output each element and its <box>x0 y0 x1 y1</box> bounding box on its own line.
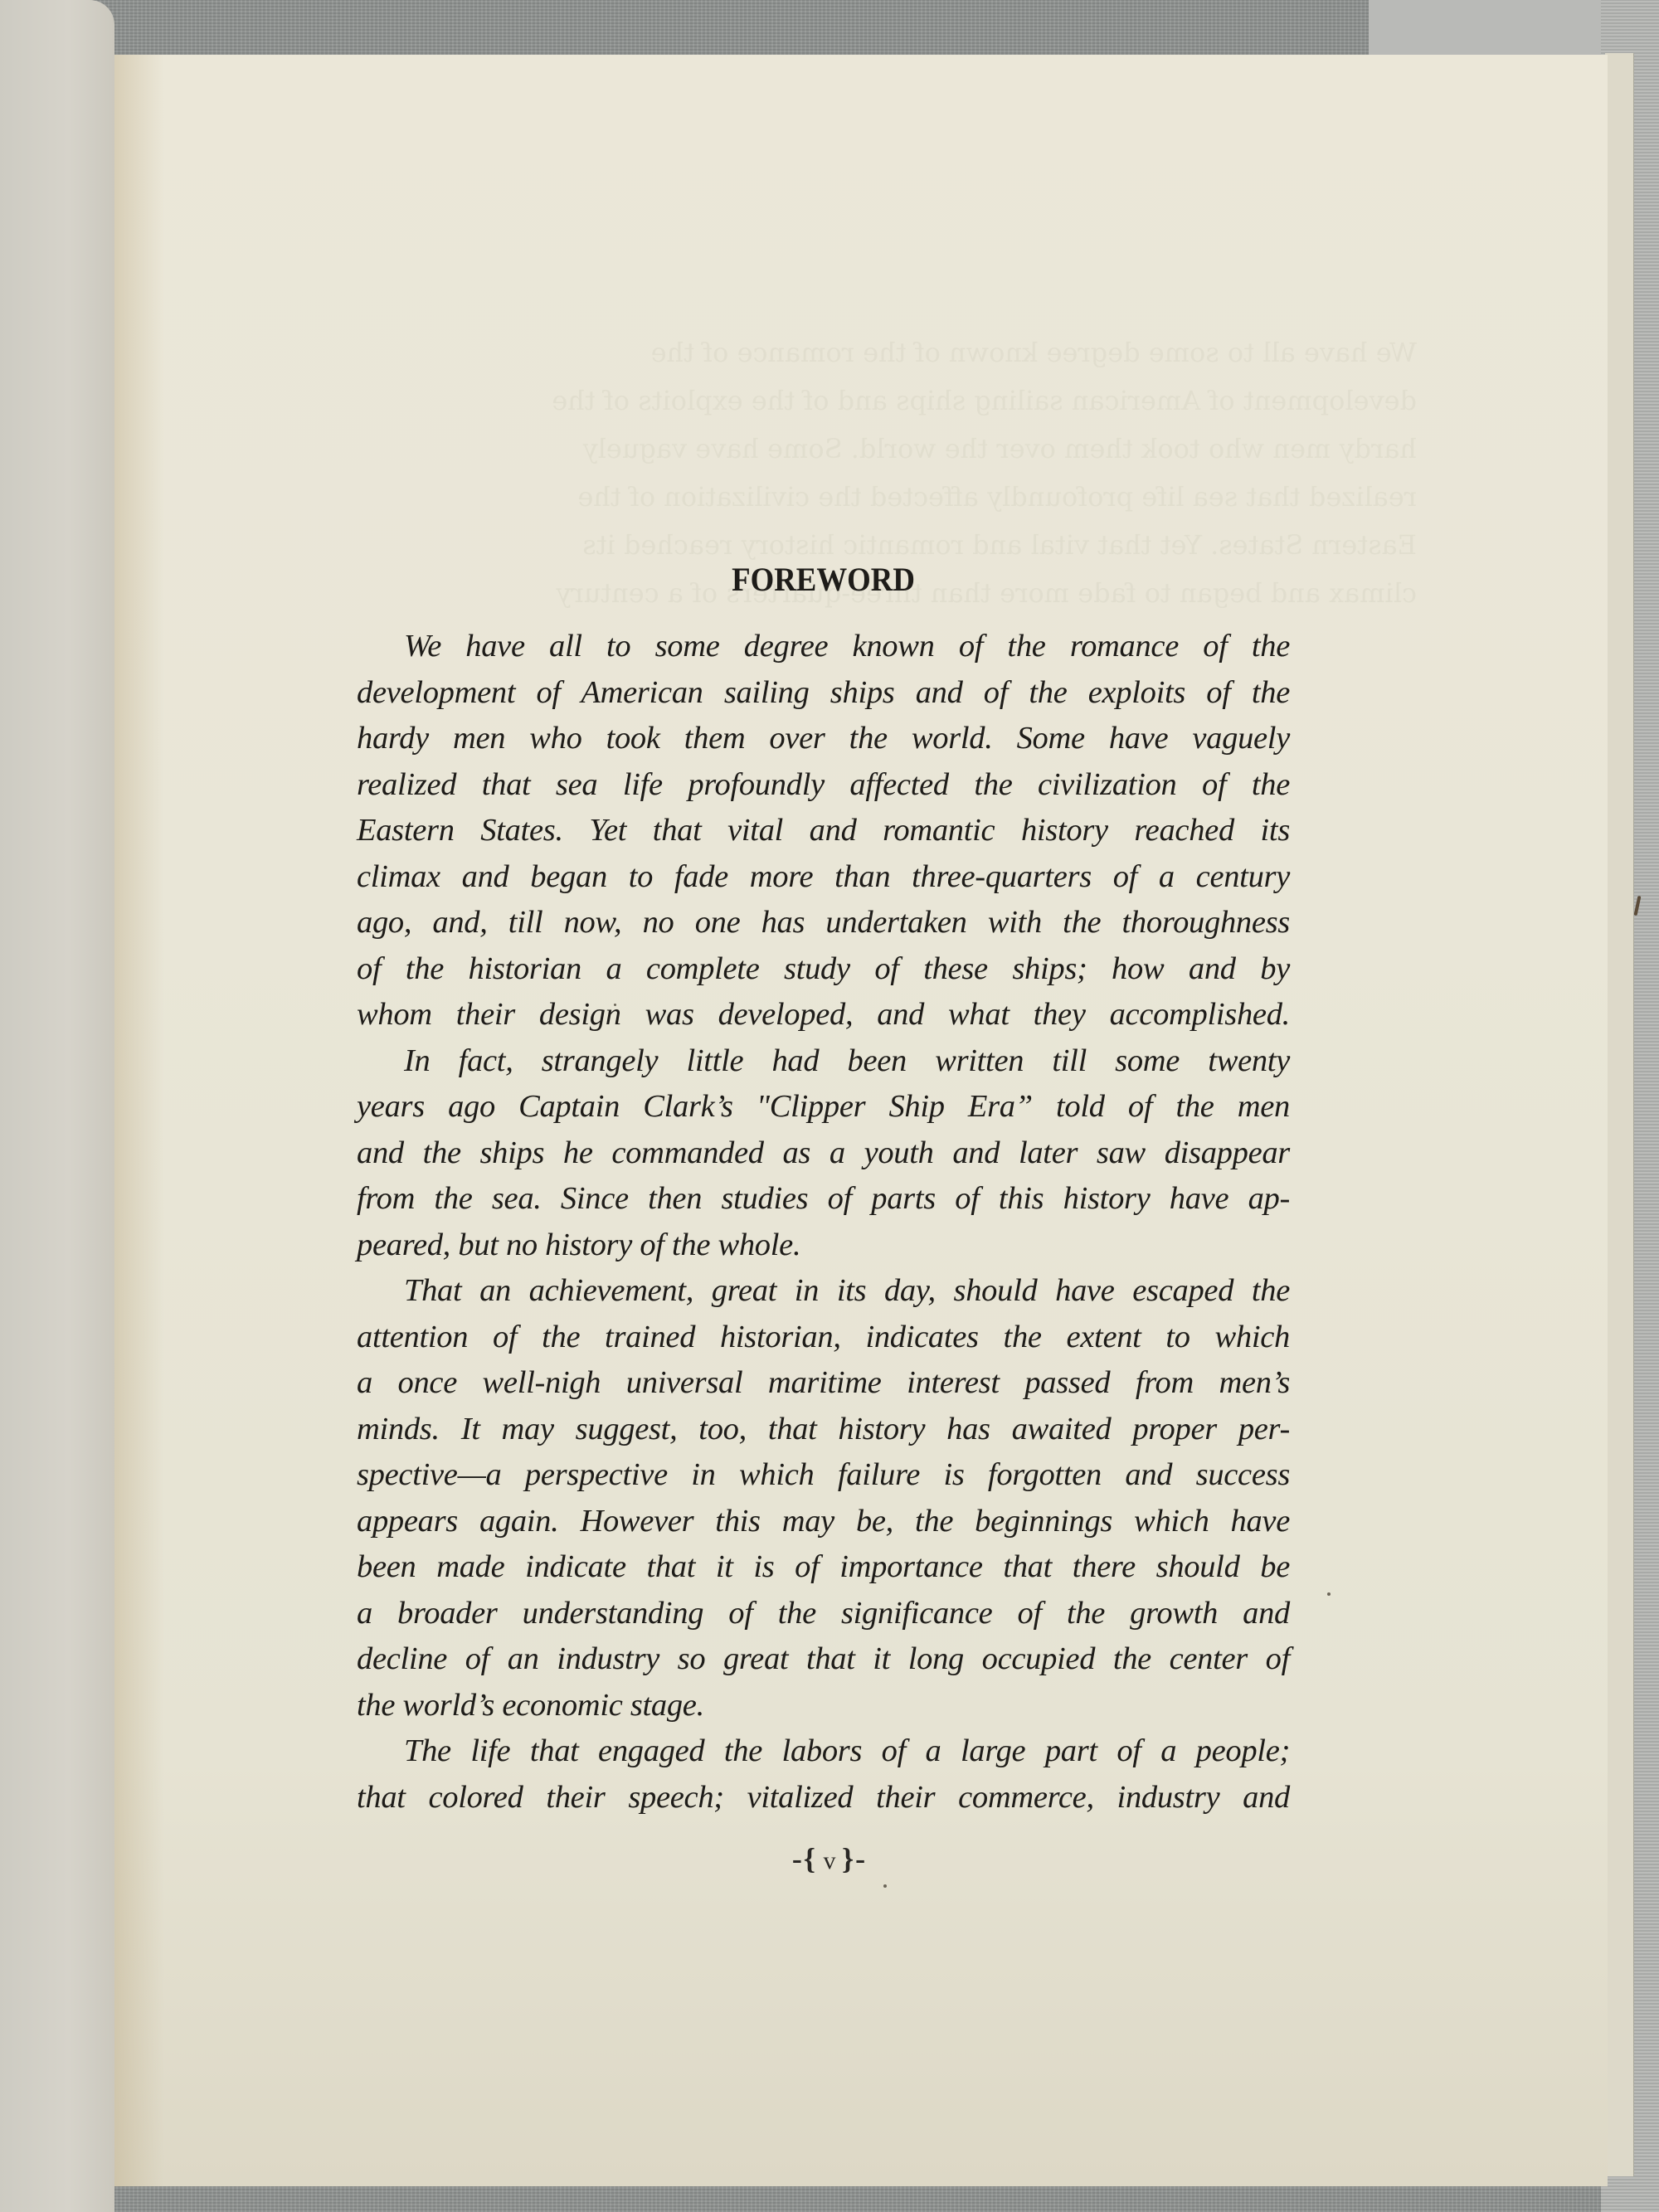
paragraph-1: We have all to some degree known of the … <box>357 624 1290 1038</box>
text-line: attention of the trained historian, indi… <box>357 1315 1290 1361</box>
bleed-line: We have all to some degree known of the … <box>651 337 1417 368</box>
paragraph-4: The life that engaged the labors of a la… <box>357 1728 1290 1821</box>
facing-page-edge <box>0 0 114 2212</box>
bleed-line: Eastern States. Yet that vital and roman… <box>582 529 1417 561</box>
text-line: That an achievement, great in its day, s… <box>357 1268 1290 1315</box>
bleed-line: hardy men who took them over the world. … <box>583 433 1417 464</box>
text-line: appears again. However this may be, the … <box>357 1499 1290 1545</box>
text-line: realized that sea life profoundly affect… <box>357 762 1290 809</box>
text-line: and the ships he commanded as a youth an… <box>357 1130 1290 1177</box>
paper-speck <box>883 1884 887 1888</box>
text-line: development of American sailing ships an… <box>357 670 1290 717</box>
text-line: hardy men who took them over the world. … <box>357 716 1290 762</box>
page-title: FOREWORD <box>394 560 1253 599</box>
text-line: been made indicate that it is of importa… <box>357 1544 1290 1591</box>
text-line: from the sea. Since then studies of part… <box>357 1176 1290 1223</box>
text-line: climax and began to fade more than three… <box>357 854 1290 901</box>
text-line: a once well-nigh universal maritime inte… <box>357 1360 1290 1407</box>
paper-speck <box>1327 1592 1331 1596</box>
paragraph-2: In fact, strangely little had been writt… <box>357 1038 1290 1269</box>
page-number-folio: -{ v }- <box>0 1841 1659 1876</box>
page-number: v <box>824 1847 836 1874</box>
text-line: spective—a perspective in which failure … <box>357 1452 1290 1499</box>
text-line: In fact, strangely little had been writt… <box>357 1038 1290 1085</box>
text-line: peared, but no history of the whole. <box>357 1223 1290 1269</box>
text-line: that colored their speech; vitalized the… <box>357 1775 1290 1821</box>
text-line: of the historian a complete study of the… <box>357 946 1290 993</box>
text-line: whom their design was developed, and wha… <box>357 992 1290 1038</box>
bleed-line: development of American sailing ships an… <box>552 385 1417 416</box>
text-line: The life that engaged the labors of a la… <box>357 1728 1290 1775</box>
text-line: minds. It may suggest, too, that history… <box>357 1407 1290 1453</box>
right-bracket-ornament-icon: }- <box>842 1842 867 1875</box>
text-line: We have all to some degree known of the … <box>357 624 1290 670</box>
text-line: ago, and, till now, no one has undertake… <box>357 900 1290 946</box>
text-line: years ago Captain Clark’s "Clipper Ship … <box>357 1084 1290 1130</box>
text-line: decline of an industry so great that it … <box>357 1636 1290 1683</box>
text-line: the world’s economic stage. <box>357 1683 1290 1729</box>
paragraph-3: That an achievement, great in its day, s… <box>357 1268 1290 1728</box>
text-line: Eastern States. Yet that vital and roman… <box>357 808 1290 854</box>
left-bracket-ornament-icon: -{ <box>792 1842 817 1875</box>
text-line: a broader understanding of the significa… <box>357 1591 1290 1637</box>
foreword-section: FOREWORD We have all to some degree know… <box>357 560 1290 1821</box>
bleed-line: realized that sea life profoundly affect… <box>577 481 1417 513</box>
